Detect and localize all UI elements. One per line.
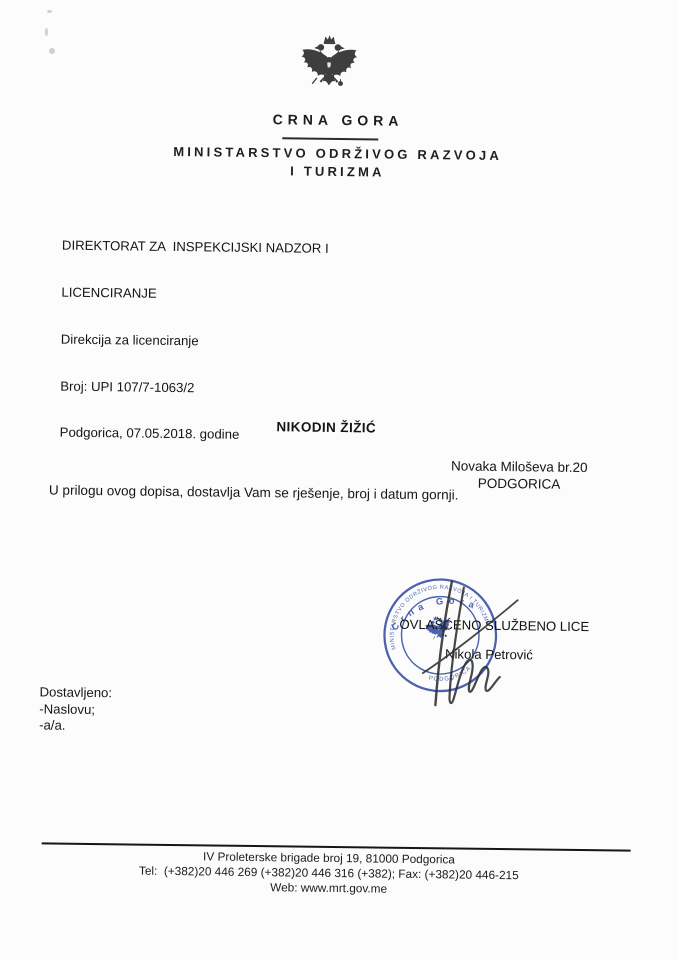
distribution-item: -a/a. <box>39 717 112 734</box>
country-title: CRNA GORA <box>0 108 678 132</box>
footer-block: IV Proleterske brigade broj 19, 81000 Po… <box>0 847 669 901</box>
recipient-address: Novaka Miloševa br.20 PODGORICA <box>437 457 601 493</box>
directorate-line2: LICENCIRANJE <box>61 285 328 304</box>
header-divider <box>282 137 378 140</box>
address-street: Novaka Miloševa br.20 <box>437 457 601 476</box>
distribution-item: -Naslovu; <box>39 701 112 718</box>
distribution-label: Dostavljeno: <box>39 684 112 701</box>
address-city: PODGORICA <box>437 474 601 493</box>
coat-of-arms-eagle-icon <box>295 33 364 110</box>
sender-block: DIREKTORAT ZA INSPEKCIJSKI NADZOR I LICE… <box>59 207 329 475</box>
letter-body-text: U prilogu ovog dopisa, dostavlja Vam se … <box>49 482 459 502</box>
distribution-block: Dostavljeno: -Naslovu; -a/a. <box>39 684 112 734</box>
directorate-line1: DIREKTORAT ZA INSPEKCIJSKI NADZOR I <box>62 238 329 257</box>
letter-content: CRNA GORA MINISTARSTVO ODRŽIVOG RAZVOJA … <box>0 0 679 960</box>
handwritten-signature-icon <box>416 577 523 713</box>
reference-number: Broj: UPI 107/7-1063/2 <box>60 378 327 397</box>
department: Direkcija za licenciranje <box>61 331 328 350</box>
scanned-letter-page: CRNA GORA MINISTARSTVO ODRŽIVOG RAZVOJA … <box>0 0 679 960</box>
